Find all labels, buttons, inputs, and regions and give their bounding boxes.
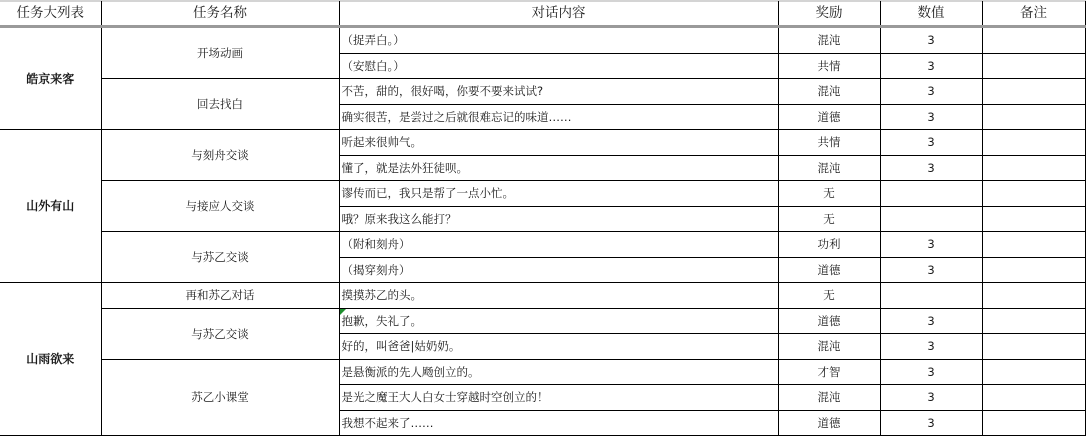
value-cell[interactable]: 3 (880, 79, 982, 105)
dialog-cell[interactable]: 摸摸苏乙的头。 (339, 283, 778, 309)
reward-cell[interactable]: 无 (778, 283, 880, 309)
table-row: 回去找白 不苦，甜的，很好喝，你要不要来试试? 混沌 3 (0, 79, 1085, 105)
header-reward[interactable]: 奖励 (778, 1, 880, 27)
reward-cell[interactable]: 才智 (778, 359, 880, 385)
header-value[interactable]: 数值 (880, 1, 982, 27)
dialog-cell[interactable]: 谬传而已，我只是帮了一点小忙。 (339, 181, 778, 207)
table-row: 与接应人交谈 谬传而已，我只是帮了一点小忙。 无 (0, 181, 1085, 207)
value-cell[interactable]: 3 (880, 334, 982, 360)
note-cell[interactable] (982, 334, 1085, 360)
reward-cell[interactable]: 道德 (778, 308, 880, 334)
value-cell[interactable] (880, 206, 982, 232)
value-cell[interactable]: 3 (880, 308, 982, 334)
reward-cell[interactable]: 混沌 (778, 334, 880, 360)
dialog-cell[interactable]: （捉弄白。） (339, 27, 778, 54)
reward-cell[interactable]: 混沌 (778, 79, 880, 105)
table-row: 与苏乙交谈 （附和刻舟） 功利 3 (0, 232, 1085, 258)
task-cell[interactable]: 回去找白 (101, 79, 339, 130)
comment-indicator-icon[interactable] (340, 309, 346, 315)
reward-cell[interactable]: 无 (778, 206, 880, 232)
value-cell[interactable] (880, 181, 982, 207)
table-row: 山外有山 与刻舟交谈 听起来很帅气。 共情 3 (0, 130, 1085, 156)
task-cell[interactable]: 与刻舟交谈 (101, 130, 339, 181)
table-row: 皓京来客 开场动画 （捉弄白。） 混沌 3 (0, 27, 1085, 54)
reward-cell[interactable]: 功利 (778, 232, 880, 258)
value-cell[interactable] (880, 283, 982, 309)
task-cell[interactable]: 苏乙小课堂 (101, 359, 339, 436)
task-cell[interactable]: 开场动画 (101, 27, 339, 79)
header-task[interactable]: 任务名称 (101, 1, 339, 27)
table-row: 苏乙小课堂 是悬衡派的先人飏创立的。 才智 3 (0, 359, 1085, 385)
dialog-cell[interactable]: 好的，叫爸爸|姑奶奶。 (339, 334, 778, 360)
note-cell[interactable] (982, 385, 1085, 411)
reward-cell[interactable]: 混沌 (778, 155, 880, 181)
header-group[interactable]: 任务大列表 (0, 1, 101, 27)
task-cell[interactable]: 再和苏乙对话 (101, 283, 339, 309)
reward-cell[interactable]: 混沌 (778, 385, 880, 411)
value-cell[interactable]: 3 (880, 130, 982, 156)
value-cell[interactable]: 3 (880, 232, 982, 258)
task-cell[interactable]: 与苏乙交谈 (101, 232, 339, 283)
reward-cell[interactable]: 共情 (778, 53, 880, 79)
reward-cell[interactable]: 无 (778, 181, 880, 207)
reward-cell[interactable]: 道德 (778, 104, 880, 130)
value-cell[interactable]: 3 (880, 104, 982, 130)
note-cell[interactable] (982, 232, 1085, 258)
value-cell[interactable]: 3 (880, 53, 982, 79)
quest-dialog-table: 任务大列表 任务名称 对话内容 奖励 数值 备注 皓京来客 开场动画 （捉弄白。… (0, 1, 1086, 436)
dialog-cell[interactable]: 是光之魔王大人白女士穿越时空创立的！ (339, 385, 778, 411)
dialog-cell[interactable]: （附和刻舟） (339, 232, 778, 258)
note-cell[interactable] (982, 27, 1085, 54)
dialog-cell-with-comment[interactable]: 抱歉，失礼了。 (339, 308, 778, 334)
note-cell[interactable] (982, 359, 1085, 385)
value-cell[interactable]: 3 (880, 359, 982, 385)
dialog-cell[interactable]: 哦？原来我这么能打？ (339, 206, 778, 232)
group-cell[interactable]: 山雨欲来 (0, 283, 101, 436)
reward-cell[interactable]: 混沌 (778, 27, 880, 54)
note-cell[interactable] (982, 257, 1085, 283)
reward-cell[interactable]: 道德 (778, 257, 880, 283)
task-cell[interactable]: 与接应人交谈 (101, 181, 339, 232)
note-cell[interactable] (982, 410, 1085, 436)
task-cell[interactable]: 与苏乙交谈 (101, 308, 339, 359)
header-note[interactable]: 备注 (982, 1, 1085, 27)
note-cell[interactable] (982, 79, 1085, 105)
value-cell[interactable]: 3 (880, 27, 982, 54)
header-dialog[interactable]: 对话内容 (339, 1, 778, 27)
dialog-cell[interactable]: （安慰白。） (339, 53, 778, 79)
note-cell[interactable] (982, 206, 1085, 232)
dialog-cell[interactable]: （揭穿刻舟） (339, 257, 778, 283)
dialog-cell[interactable]: 是悬衡派的先人飏创立的。 (339, 359, 778, 385)
dialog-text: 抱歉，失礼了。 (342, 314, 423, 328)
note-cell[interactable] (982, 53, 1085, 79)
reward-cell[interactable]: 道德 (778, 410, 880, 436)
value-cell[interactable]: 3 (880, 385, 982, 411)
dialog-cell[interactable]: 我想不起来了…… (339, 410, 778, 436)
note-cell[interactable] (982, 130, 1085, 156)
reward-cell[interactable]: 共情 (778, 130, 880, 156)
dialog-cell[interactable]: 不苦，甜的，很好喝，你要不要来试试? (339, 79, 778, 105)
note-cell[interactable] (982, 181, 1085, 207)
header-row: 任务大列表 任务名称 对话内容 奖励 数值 备注 (0, 1, 1085, 27)
value-cell[interactable]: 3 (880, 155, 982, 181)
note-cell[interactable] (982, 283, 1085, 309)
group-cell[interactable]: 皓京来客 (0, 27, 101, 130)
note-cell[interactable] (982, 155, 1085, 181)
dialog-cell[interactable]: 确实很苦，是尝过之后就很难忘记的味道…… (339, 104, 778, 130)
dialog-cell[interactable]: 懂了，就是法外狂徒呗。 (339, 155, 778, 181)
table-row: 与苏乙交谈 抱歉，失礼了。 道德 3 (0, 308, 1085, 334)
group-cell[interactable]: 山外有山 (0, 130, 101, 283)
value-cell[interactable]: 3 (880, 257, 982, 283)
value-cell[interactable]: 3 (880, 410, 982, 436)
note-cell[interactable] (982, 308, 1085, 334)
dialog-cell[interactable]: 听起来很帅气。 (339, 130, 778, 156)
table-row: 山雨欲来 再和苏乙对话 摸摸苏乙的头。 无 (0, 283, 1085, 309)
note-cell[interactable] (982, 104, 1085, 130)
